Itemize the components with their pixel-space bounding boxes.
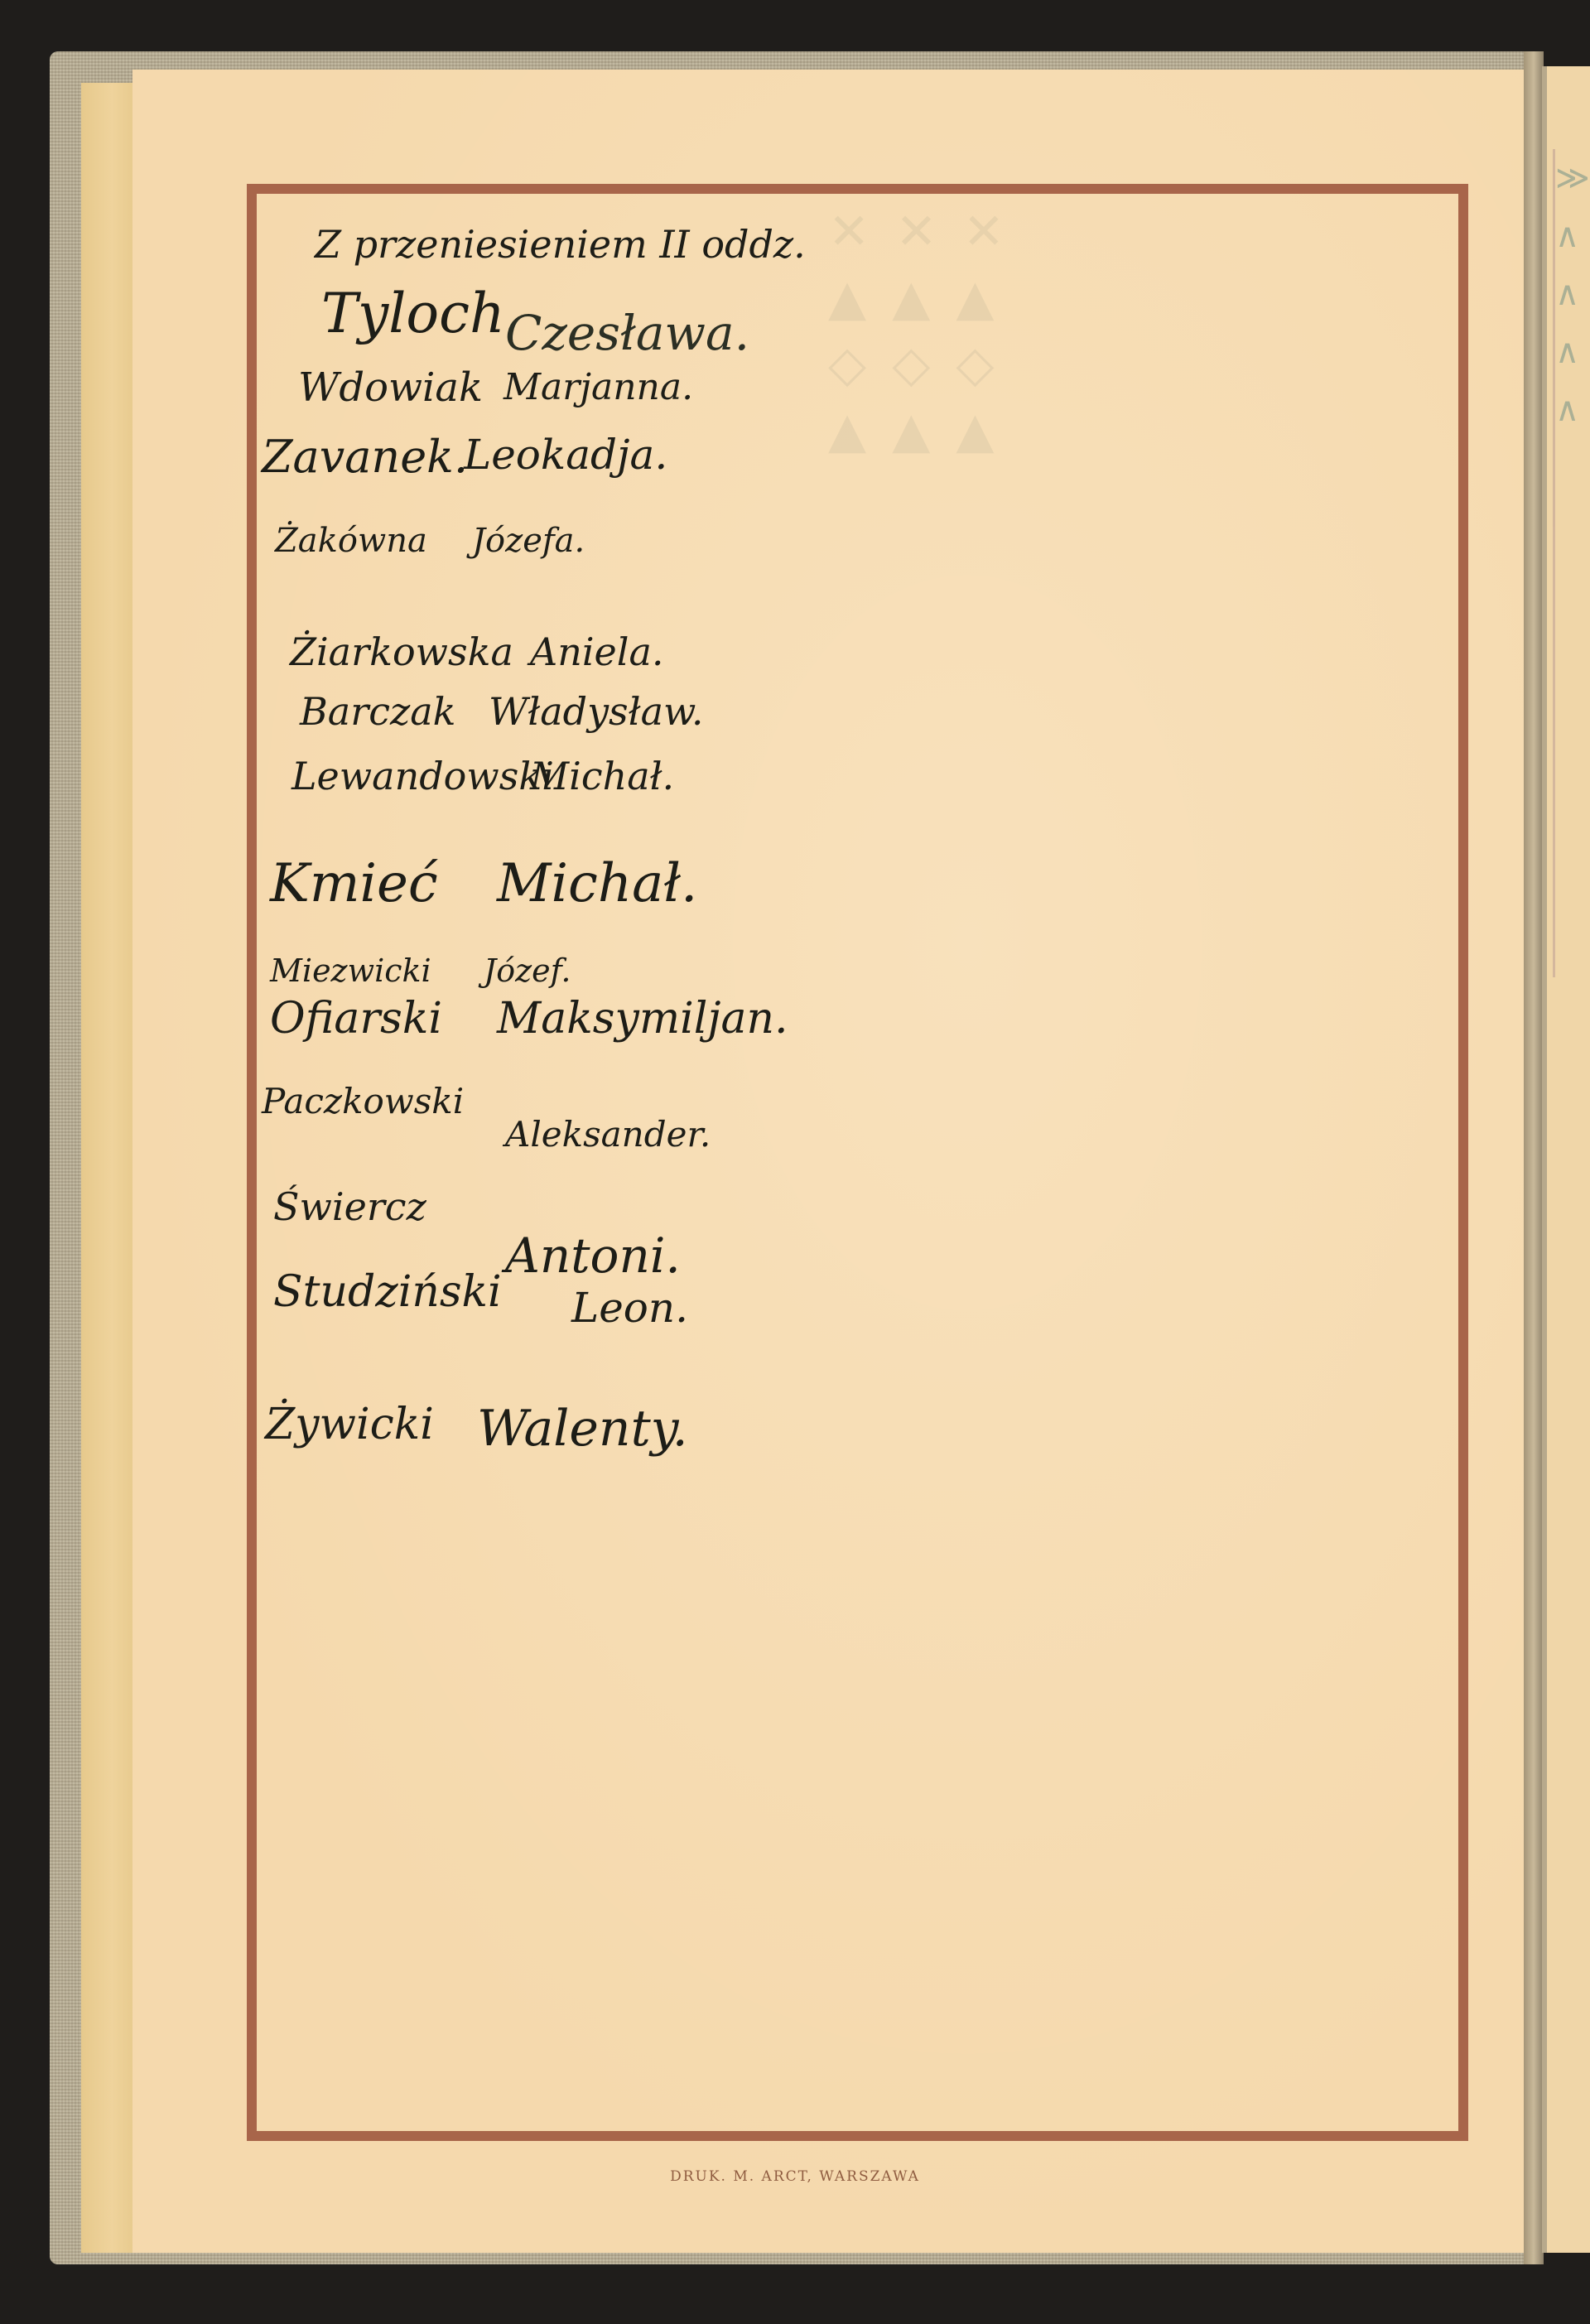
ornament-chevron-icon: ∧ xyxy=(1555,323,1590,381)
surname: Żakówna xyxy=(275,522,427,560)
given-name: Czesława. xyxy=(505,305,749,361)
given-name: Maksymiljan. xyxy=(497,994,788,1044)
given-name: Aleksander. xyxy=(505,1114,711,1155)
surname: Żywicki xyxy=(265,1400,434,1449)
surname: Lewandowski xyxy=(291,754,554,798)
ornament-chevron-icon: ∧ xyxy=(1555,265,1590,323)
ornament-chevron-icon: ∧ xyxy=(1555,381,1590,439)
book-spine-shadow xyxy=(1524,51,1544,2264)
surname: Wdowiak xyxy=(298,364,483,411)
surname: Barczak xyxy=(300,689,456,734)
printer-imprint: DRUK. M. ARCT, WARSZAWA xyxy=(0,2168,1590,2185)
given-name: Antoni. xyxy=(505,1227,681,1284)
surname: Ofiarski xyxy=(270,994,442,1044)
surname: Tyloch xyxy=(321,282,505,345)
page-heading: Z przeniesieniem II oddz. xyxy=(315,222,806,267)
given-name: Michał. xyxy=(530,754,674,798)
surname: Świercz xyxy=(273,1184,426,1229)
surname: Miezwicki xyxy=(270,952,431,989)
given-name: Leokadja. xyxy=(464,431,667,479)
given-name: Aniela. xyxy=(530,629,664,674)
given-name: Józefa. xyxy=(472,522,585,560)
page-edge-gutter xyxy=(81,83,132,2253)
given-name: Leon. xyxy=(571,1284,688,1332)
surname: Kmieć xyxy=(270,853,438,914)
given-name: Michał. xyxy=(497,853,697,914)
surname: Żiarkowska xyxy=(290,629,513,674)
given-name: Marjanna. xyxy=(503,366,693,408)
ornament-chevron-icon: ≫ xyxy=(1555,149,1590,207)
given-name: Walenty. xyxy=(477,1400,688,1458)
given-name: Władysław. xyxy=(489,689,704,734)
ornament-chevron-icon: ∧ xyxy=(1555,207,1590,265)
adjacent-page-ornament: ≫ ∧ ∧ ∧ ∧ xyxy=(1553,149,1590,977)
given-name: Józef. xyxy=(484,952,571,989)
surname: Studziński xyxy=(273,1267,502,1317)
surname: Paczkowski xyxy=(262,1081,464,1121)
surname: Zavanek. xyxy=(262,431,468,483)
